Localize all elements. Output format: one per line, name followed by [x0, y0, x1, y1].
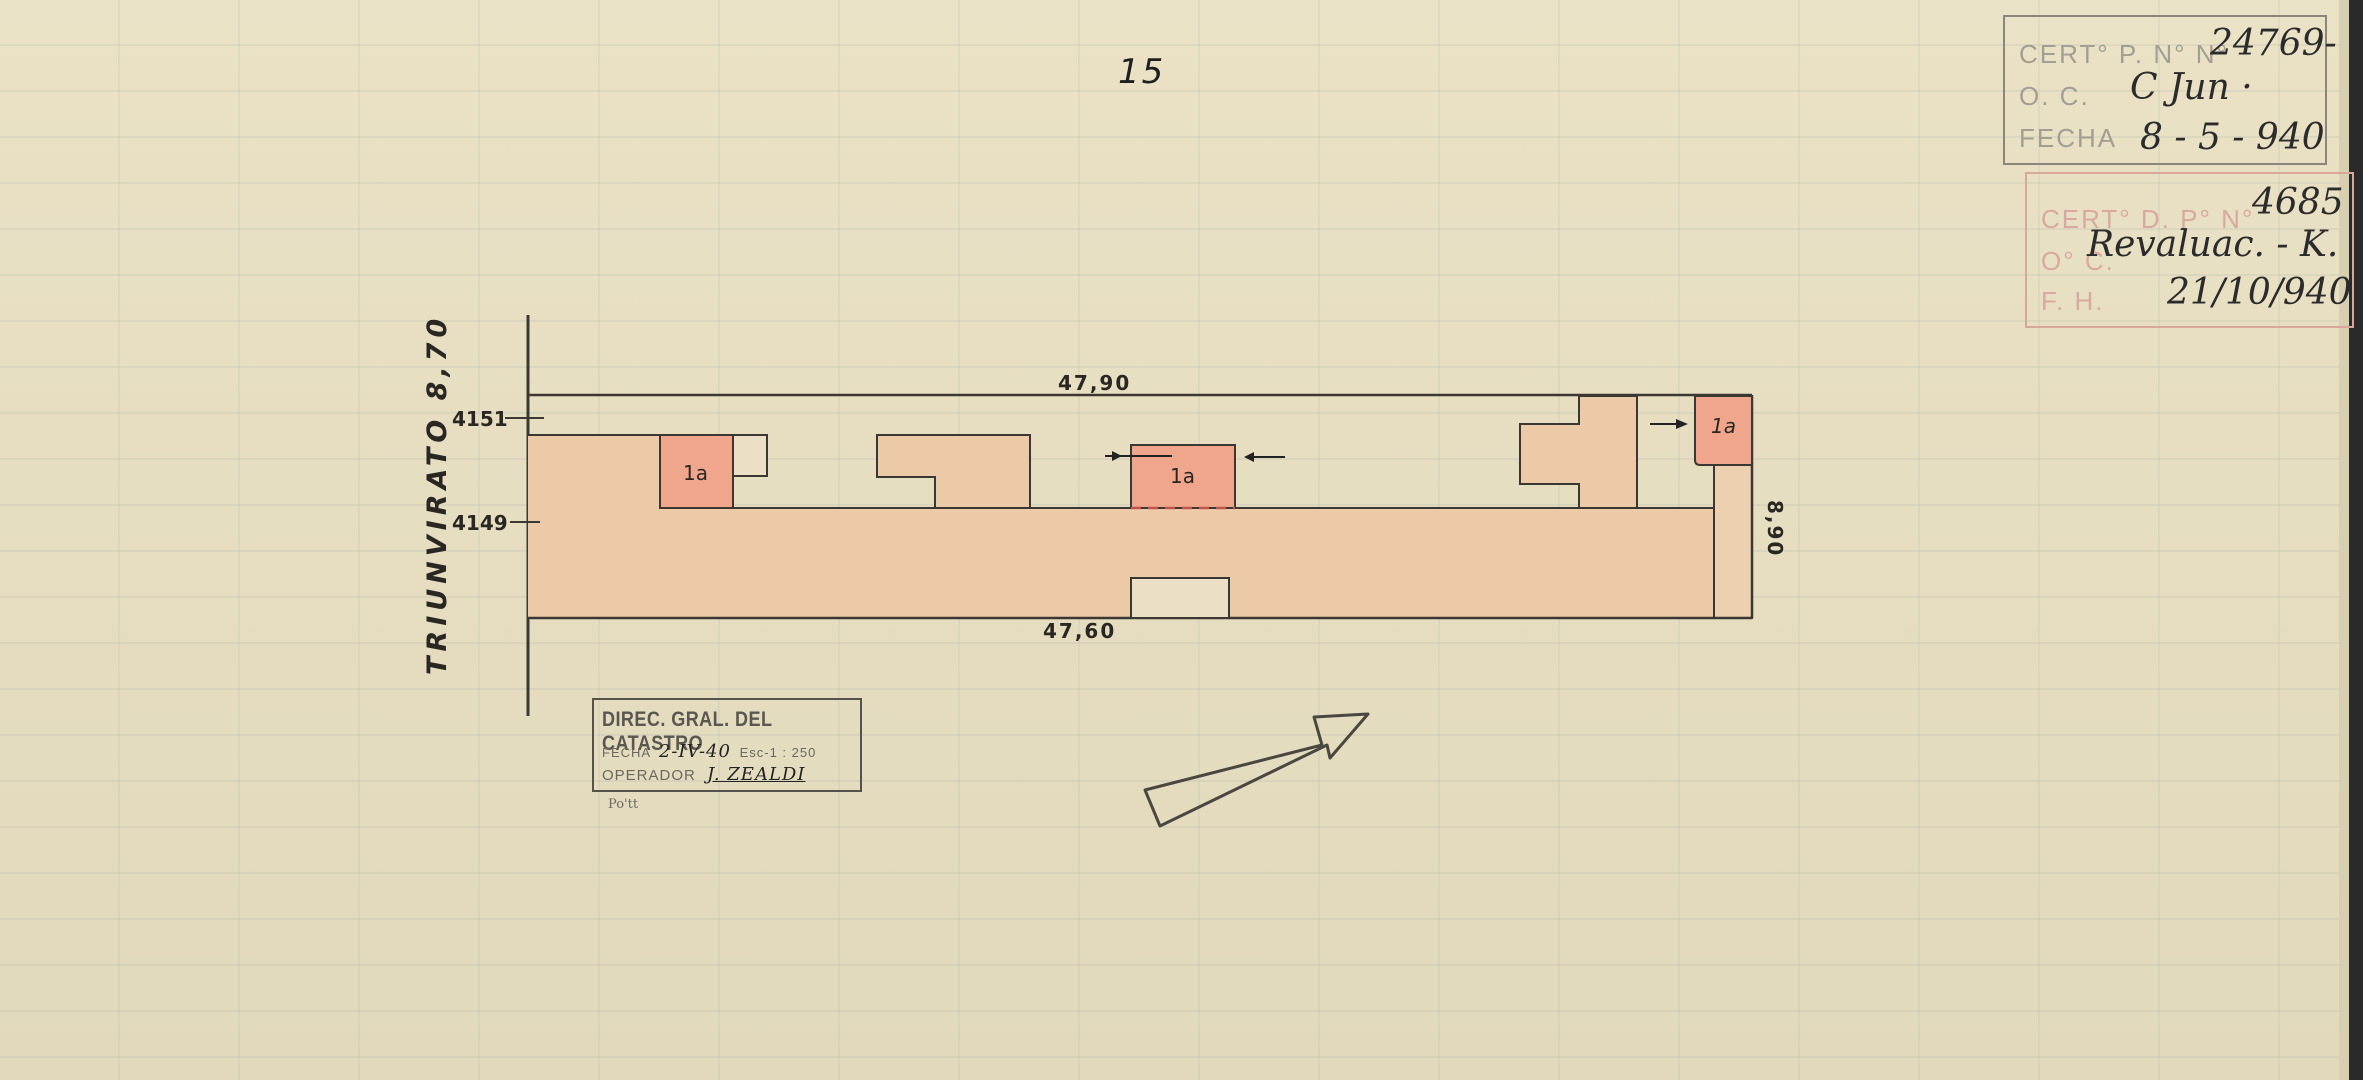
- certificate-date: 8 - 5 - 940: [2140, 117, 2325, 158]
- lot-right-strip: [1714, 465, 1752, 618]
- catastro-fecha-row: FECHA 2-IV-40 Esc-1 : 250: [602, 741, 816, 762]
- certificate-stamp-1: CERT° P. N° N° O. C. FECHA 24769- C Jun …: [2003, 15, 2327, 165]
- street-label: TRIUNVIRATO 8,70: [422, 314, 453, 675]
- label-1a-center: 1a: [1170, 464, 1195, 488]
- north-arrow-icon: [1145, 714, 1368, 826]
- label-1a-right: 1a: [1711, 414, 1736, 438]
- label-1a-left: 1a: [683, 461, 708, 485]
- stamp-row-label: FECHA: [2019, 123, 2117, 154]
- certificate-number: 4685: [2252, 182, 2344, 223]
- certificate-name: Revaluac. - K.: [2087, 224, 2338, 265]
- house-number-4151: 4151: [452, 407, 508, 431]
- rear-notch: [1131, 578, 1229, 618]
- fecha-value: 2-IV-40: [659, 741, 731, 762]
- stamp-row-label: CERT° P. N° N°: [2019, 39, 2229, 70]
- small-annex: [733, 435, 767, 476]
- dimension-bottom: 47,60: [1043, 619, 1116, 643]
- certificate-stamp-2: CERT° D. P° N° O° C. F. H. 4685 Revaluac…: [2025, 172, 2354, 328]
- catastro-operador-row: OPERADOR J. ZEALDI: [602, 764, 805, 785]
- stamp-row-label: F. H.: [2041, 286, 2104, 317]
- stamp-row-label: O. C.: [2019, 81, 2090, 112]
- catastro-stamp: DIREC. GRAL. DEL CATASTRO FECHA 2-IV-40 …: [592, 698, 862, 792]
- certificate-number: 24769-: [2210, 23, 2337, 64]
- certificate-date: 21/10/940: [2167, 272, 2352, 313]
- dimension-top: 47,90: [1058, 371, 1131, 395]
- operador-label: OPERADOR: [602, 767, 696, 784]
- operador-value: J. ZEALDI: [707, 764, 805, 785]
- dimension-right: 8,90: [1763, 500, 1787, 557]
- scale-value: Esc-1 : 250: [740, 745, 817, 760]
- house-number-4149: 4149: [452, 511, 508, 535]
- cadastral-plan-sheet: 15: [0, 0, 2363, 1080]
- fecha-label: FECHA: [602, 745, 650, 760]
- certificate-initials: C Jun ·: [2130, 67, 2253, 108]
- building-l-shape: [877, 435, 1030, 508]
- building-cross-shape: [1520, 396, 1637, 508]
- pencil-note: Po'tt: [608, 797, 638, 812]
